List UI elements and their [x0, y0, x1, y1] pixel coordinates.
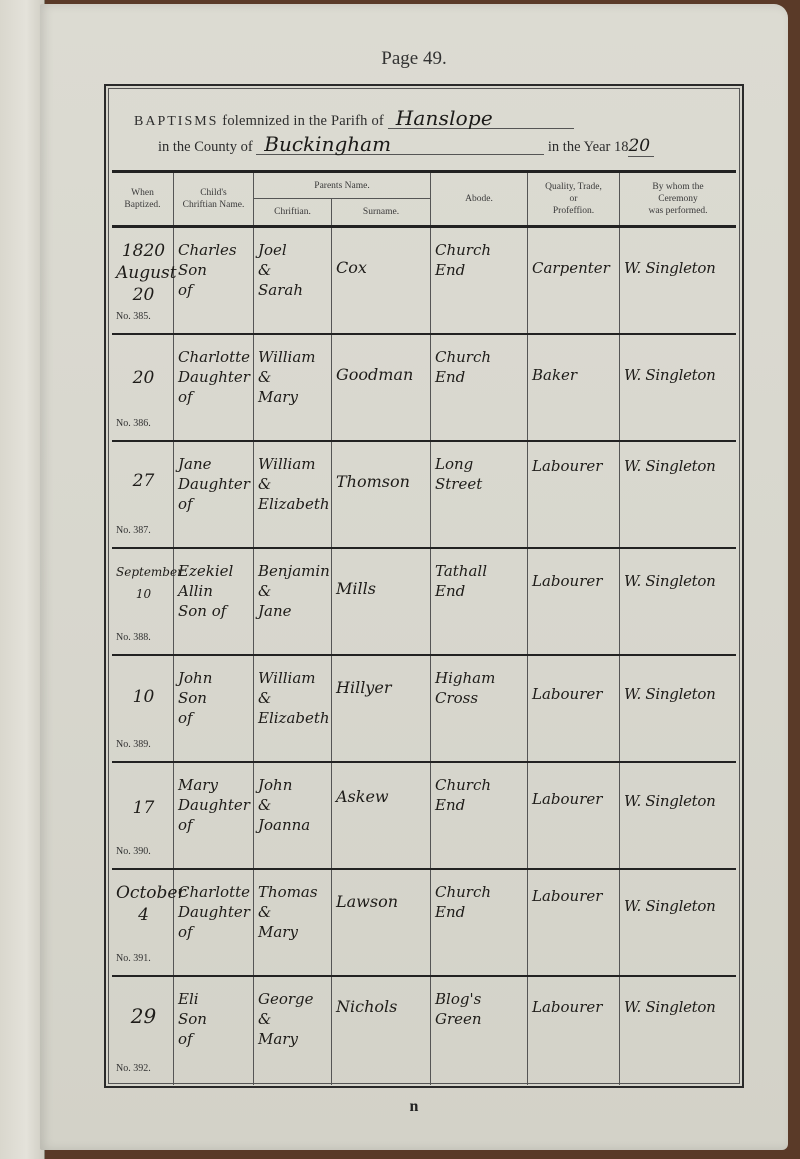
cell-by-whom: W. Singleton [620, 977, 736, 1085]
entry-number: No. 389. [116, 735, 151, 755]
cell-parents-christian: William & Elizabeth [254, 442, 332, 547]
cell-surname: Thomson [332, 442, 431, 547]
table-row: 29No. 392. Eli Son of George & Mary Nich… [112, 977, 736, 1085]
header-parents-christian: Chriftian. [254, 199, 332, 225]
cell-parents-christian: Benjamin & Jane [254, 549, 332, 654]
baptism-table: When Baptized. Child's Chriftian Name. P… [112, 170, 736, 1085]
table-row: October 4No. 391. Charlotte Daughter of … [112, 870, 736, 977]
cell-surname: Nichols [332, 977, 431, 1085]
entry-number: No. 387. [116, 521, 151, 541]
cell-abode: Blog's Green [431, 977, 528, 1085]
table-header: When Baptized. Child's Chriftian Name. P… [112, 173, 736, 228]
header-by-whom: By whom the Ceremony was performed. [620, 173, 736, 225]
table-row: 17No. 390. Mary Daughter of John & Joann… [112, 763, 736, 870]
county-field: Buckingham [256, 134, 544, 155]
year-field: 20 [628, 136, 654, 157]
cell-by-whom: W. Singleton [620, 870, 736, 975]
cell-trade: Labourer [528, 549, 620, 654]
table-body: 1820 August 20No. 385. Charles Son of Jo… [112, 228, 736, 1085]
cell-trade: Labourer [528, 870, 620, 975]
cell-surname: Goodman [332, 335, 431, 440]
cell-when: 1820 August 20No. 385. [112, 228, 174, 333]
cell-by-whom: W. Singleton [620, 656, 736, 761]
heading-line-county: in the County of Buckingham in the Year … [158, 134, 654, 157]
header-parents-surname: Surname. [332, 199, 431, 225]
footer-signature-mark: n [40, 1098, 788, 1116]
cell-parents-christian: William & Mary [254, 335, 332, 440]
cell-by-whom: W. Singleton [620, 442, 736, 547]
heading-text: folemnized in the Parifh of [222, 113, 384, 129]
cell-parents-christian: Thomas & Mary [254, 870, 332, 975]
year-label: in the Year 18 [548, 139, 629, 155]
cell-abode: Church End [431, 763, 528, 868]
parish-field: Hanslope [388, 108, 574, 129]
cell-when: September 10No. 388. [112, 549, 174, 654]
cell-abode: Church End [431, 228, 528, 333]
heading-line-parish: BAPTISMS folemnized in the Parifh of Han… [134, 108, 574, 130]
cell-abode: Long Street [431, 442, 528, 547]
register-heading: BAPTISMS folemnized in the Parifh of Han… [106, 86, 742, 166]
county-label: in the County of [158, 139, 253, 155]
table-row: 27No. 387. Jane Daughter of William & El… [112, 442, 736, 549]
entry-number: No. 390. [116, 842, 151, 862]
cell-by-whom: W. Singleton [620, 228, 736, 333]
cell-when: October 4No. 391. [112, 870, 174, 975]
cell-child: Jane Daughter of [174, 442, 254, 547]
cell-trade: Labourer [528, 977, 620, 1085]
cell-abode: Higham Cross [431, 656, 528, 761]
cell-when: 27No. 387. [112, 442, 174, 547]
table-row: 20No. 386. Charlotte Daughter of William… [112, 335, 736, 442]
cell-when: 20No. 386. [112, 335, 174, 440]
cell-surname: Mills [332, 549, 431, 654]
header-when-baptized: When Baptized. [112, 173, 174, 225]
cell-trade: Labourer [528, 656, 620, 761]
cell-abode: Tathall End [431, 549, 528, 654]
cell-child: Eli Son of [174, 977, 254, 1085]
cell-child: John Son of [174, 656, 254, 761]
cell-parents-christian: John & Joanna [254, 763, 332, 868]
cell-trade: Carpenter [528, 228, 620, 333]
cell-trade: Labourer [528, 763, 620, 868]
cell-by-whom: W. Singleton [620, 335, 736, 440]
cell-when: 17No. 390. [112, 763, 174, 868]
cell-parents-christian: Joel & Sarah [254, 228, 332, 333]
cell-when: 29No. 392. [112, 977, 174, 1085]
table-row: September 10No. 388. Ezekiel Allin Son o… [112, 549, 736, 656]
cell-abode: Church End [431, 870, 528, 975]
header-parents-name: Parents Name. [254, 173, 431, 199]
heading-caps: BAPTISMS [134, 114, 218, 129]
cell-by-whom: W. Singleton [620, 549, 736, 654]
cell-surname: Cox [332, 228, 431, 333]
header-trade: Quality, Trade, or Profeffion. [528, 173, 620, 225]
cell-surname: Askew [332, 763, 431, 868]
header-child-name: Child's Chriftian Name. [174, 173, 254, 225]
cell-child: Ezekiel Allin Son of [174, 549, 254, 654]
cell-parents-christian: George & Mary [254, 977, 332, 1085]
header-abode: Abode. [431, 173, 528, 225]
entry-number: No. 392. [116, 1059, 151, 1079]
cell-surname: Lawson [332, 870, 431, 975]
cell-trade: Baker [528, 335, 620, 440]
cell-child: Charlotte Daughter of [174, 870, 254, 975]
cell-surname: Hillyer [332, 656, 431, 761]
register-frame: BAPTISMS folemnized in the Parifh of Han… [104, 84, 744, 1088]
page-title: Page 49. [40, 48, 788, 70]
table-row: 10No. 389. John Son of William & Elizabe… [112, 656, 736, 763]
register-page: Page 49. BAPTISMS folemnized in the Pari… [40, 4, 788, 1150]
entry-number: No. 385. [116, 307, 151, 327]
cell-child: Charles Son of [174, 228, 254, 333]
entry-number: No. 391. [116, 949, 151, 969]
entry-number: No. 388. [116, 628, 151, 648]
entry-number: No. 386. [116, 414, 151, 434]
cell-trade: Labourer [528, 442, 620, 547]
left-page-edge [0, 0, 45, 1159]
cell-parents-christian: William & Elizabeth [254, 656, 332, 761]
cell-by-whom: W. Singleton [620, 763, 736, 868]
cell-when: 10No. 389. [112, 656, 174, 761]
cell-child: Charlotte Daughter of [174, 335, 254, 440]
table-row: 1820 August 20No. 385. Charles Son of Jo… [112, 228, 736, 335]
cell-child: Mary Daughter of [174, 763, 254, 868]
cell-abode: Church End [431, 335, 528, 440]
